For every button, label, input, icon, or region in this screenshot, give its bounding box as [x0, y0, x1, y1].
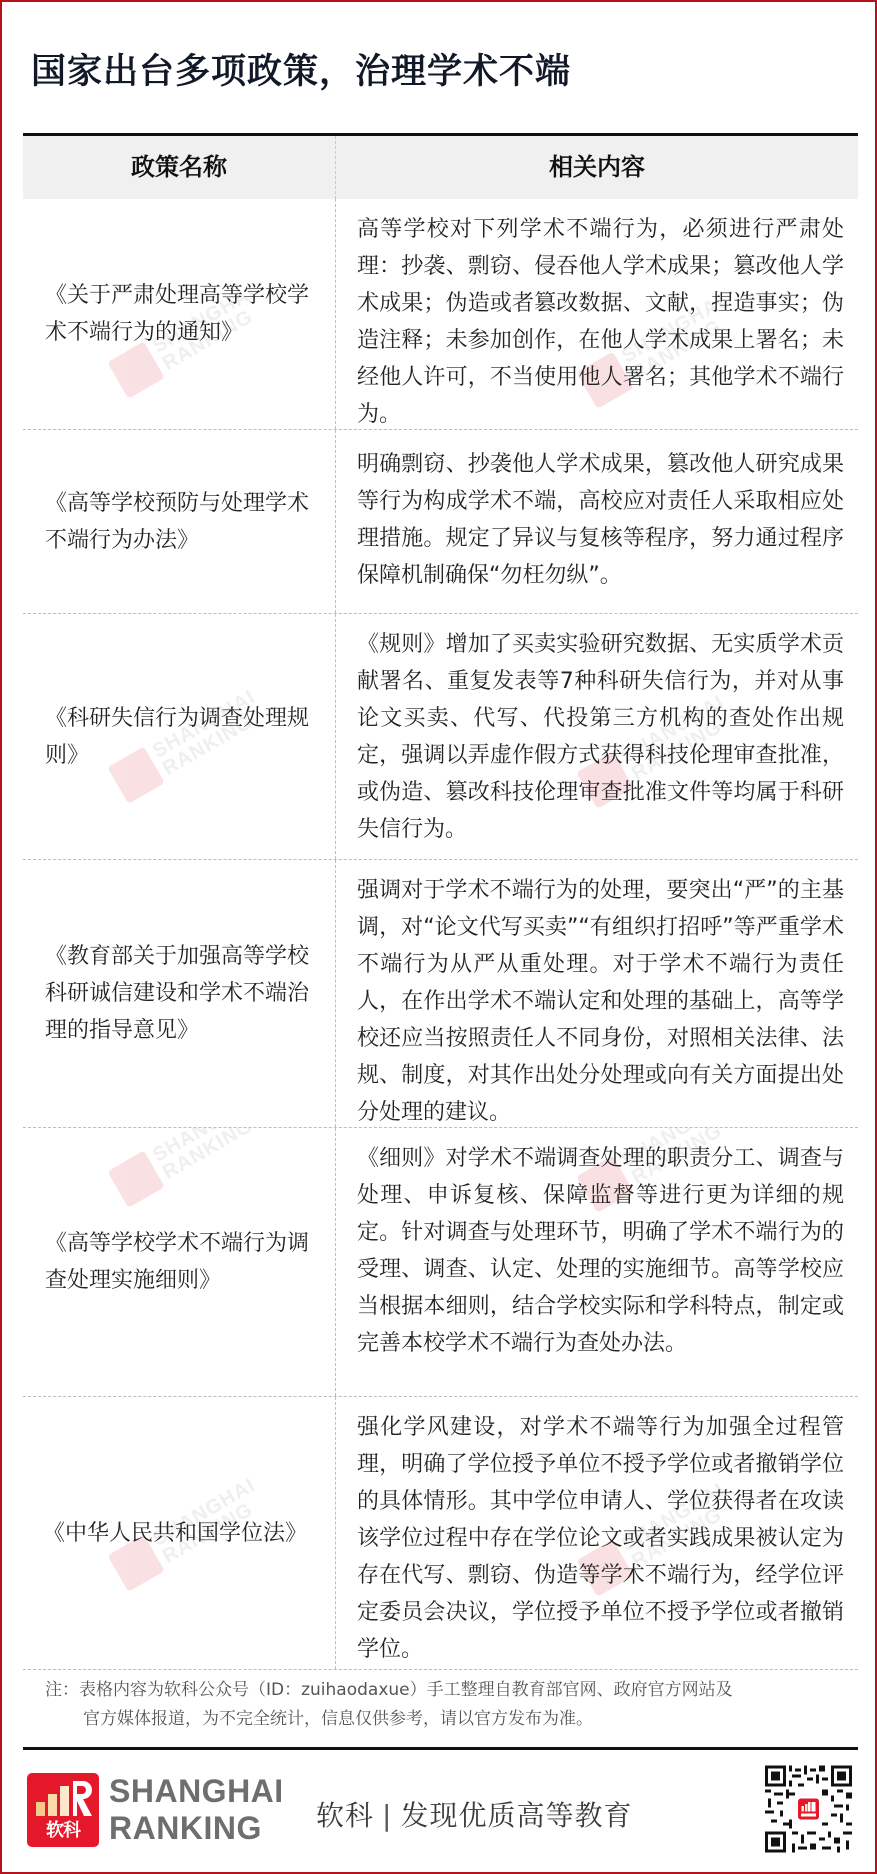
table-row: SHANGHAIRANKING 《科研失信行为调查处理规则》 SHANGHAIR…	[23, 614, 858, 860]
footer-rule	[23, 1747, 858, 1750]
policy-name-cell: SHANGHAIRANKING 《中华人民共和国学位法》	[23, 1397, 336, 1669]
policy-name: 《关于严肃处理高等学校学术不端行为的通知》	[45, 277, 313, 351]
tagline-separator: |	[382, 1799, 392, 1832]
policy-name: 《高等学校预防与处理学术不端行为办法》	[45, 485, 313, 559]
policy-content: 《规则》增加了买卖实验研究数据、无实质学术贡献署名、重复发表等7种科研失信行为，…	[357, 632, 844, 842]
policy-content-cell: SHANGHAIRANKING 《规则》增加了买卖实验研究数据、无实质学术贡献署…	[336, 614, 858, 859]
policy-table: 政策名称 相关内容 SHANGHAIRANKING 《关于严肃处理高等学校学术不…	[23, 133, 858, 1670]
page-frame: 国家出台多项政策，治理学术不端 政策名称 相关内容 SHANGHAIRANKIN…	[0, 0, 877, 1874]
policy-name-cell: 《教育部关于加强高等学校科研诚信建设和学术不端治理的指导意见》	[23, 860, 336, 1127]
policy-name-cell: 《高等学校预防与处理学术不端行为办法》	[23, 430, 336, 613]
policy-content-cell: SHANGHAIRANKING 高等学校对下列学术不端行为，必须进行严肃处理：抄…	[336, 199, 858, 429]
table-row: 《高等学校预防与处理学术不端行为办法》 明确剽窃、抄袭他人学术成果，篡改他人研究…	[23, 430, 858, 614]
policy-name: 《科研失信行为调查处理规则》	[45, 700, 313, 774]
policy-name: 《高等学校学术不端行为调查处理实施细则》	[45, 1225, 313, 1299]
policy-content-cell: 明确剽窃、抄袭他人学术成果，篡改他人研究成果等行为构成学术不端，高校应对责任人采…	[336, 430, 858, 613]
footnote: 注：表格内容为软科公众号（ID：zuihaodaxue）手工整理自教育部官网、政…	[45, 1676, 845, 1734]
ranking-logo-icon: 软科	[27, 1773, 99, 1847]
watermark-logo-icon: SHANGHAIRANKING	[107, 1128, 269, 1208]
policy-content: 高等学校对下列学术不端行为，必须进行严肃处理：抄袭、剽窃、侵吞他人学术成果；篡改…	[357, 217, 844, 427]
logo-en-text: SHANGHAIRANKING	[109, 1773, 284, 1847]
header-policy-name: 政策名称	[23, 136, 336, 199]
policy-content: 强化学风建设，对学术不端等行为加强全过程管理，明确了学位授予单位不授予学位或者撤…	[357, 1415, 844, 1662]
policy-content: 强调对于学术不端行为的处理，要突出“严”的主基调，对“论文代写买卖”“有组织打招…	[357, 878, 844, 1125]
policy-content-cell: SHANGHAIRANKING 强化学风建设，对学术不端等行为加强全过程管理，明…	[336, 1397, 858, 1669]
policy-name-cell: SHANGHAIRANKING 《关于严肃处理高等学校学术不端行为的通知》	[23, 199, 336, 429]
header-related-content: 相关内容	[336, 136, 858, 199]
policy-name: 《教育部关于加强高等学校科研诚信建设和学术不端治理的指导意见》	[45, 938, 313, 1049]
policy-content-cell: SHANGHAIRANKING 《细则》对学术不端调查处理的职责分工、调查与处理…	[336, 1128, 858, 1396]
policy-content-cell: 强调对于学术不端行为的处理，要突出“严”的主基调，对“论文代写买卖”“有组织打招…	[336, 860, 858, 1127]
logo-cn-text: 软科	[31, 1816, 95, 1842]
policy-name-cell: SHANGHAIRANKING 《高等学校学术不端行为调查处理实施细则》	[23, 1128, 336, 1396]
table-row: 《教育部关于加强高等学校科研诚信建设和学术不端治理的指导意见》 强调对于学术不端…	[23, 860, 858, 1128]
page-title: 国家出台多项政策，治理学术不端	[31, 44, 571, 94]
policy-name-cell: SHANGHAIRANKING 《科研失信行为调查处理规则》	[23, 614, 336, 859]
footnote-line-1: 注：表格内容为软科公众号（ID：zuihaodaxue）手工整理自教育部官网、政…	[45, 1680, 733, 1700]
qr-code-icon	[765, 1765, 852, 1853]
table-row: SHANGHAIRANKING 《高等学校学术不端行为调查处理实施细则》 SHA…	[23, 1128, 858, 1397]
policy-name: 《中华人民共和国学位法》	[43, 1515, 307, 1552]
table-header-row: 政策名称 相关内容	[23, 136, 858, 199]
tagline-slogan: 发现优质高等教育	[400, 1799, 632, 1832]
brand-tagline: 软科|发现优质高等教育	[316, 1794, 632, 1834]
table-row: SHANGHAIRANKING 《关于严肃处理高等学校学术不端行为的通知》 SH…	[23, 199, 858, 430]
tagline-brand: 软科	[316, 1799, 374, 1832]
table-row: SHANGHAIRANKING 《中华人民共和国学位法》 SHANGHAIRAN…	[23, 1397, 858, 1670]
policy-content: 《细则》对学术不端调查处理的职责分工、调查与处理、申诉复核、保障监督等进行更为详…	[357, 1146, 844, 1356]
footnote-line-2: 官方媒体报道，为不完全统计，信息仅供参考，请以官方发布为准。	[45, 1705, 845, 1734]
shanghai-ranking-logo: 软科 SHANGHAIRANKING	[27, 1773, 284, 1847]
policy-content: 明确剽窃、抄袭他人学术成果，篡改他人研究成果等行为构成学术不端，高校应对责任人采…	[357, 452, 844, 588]
